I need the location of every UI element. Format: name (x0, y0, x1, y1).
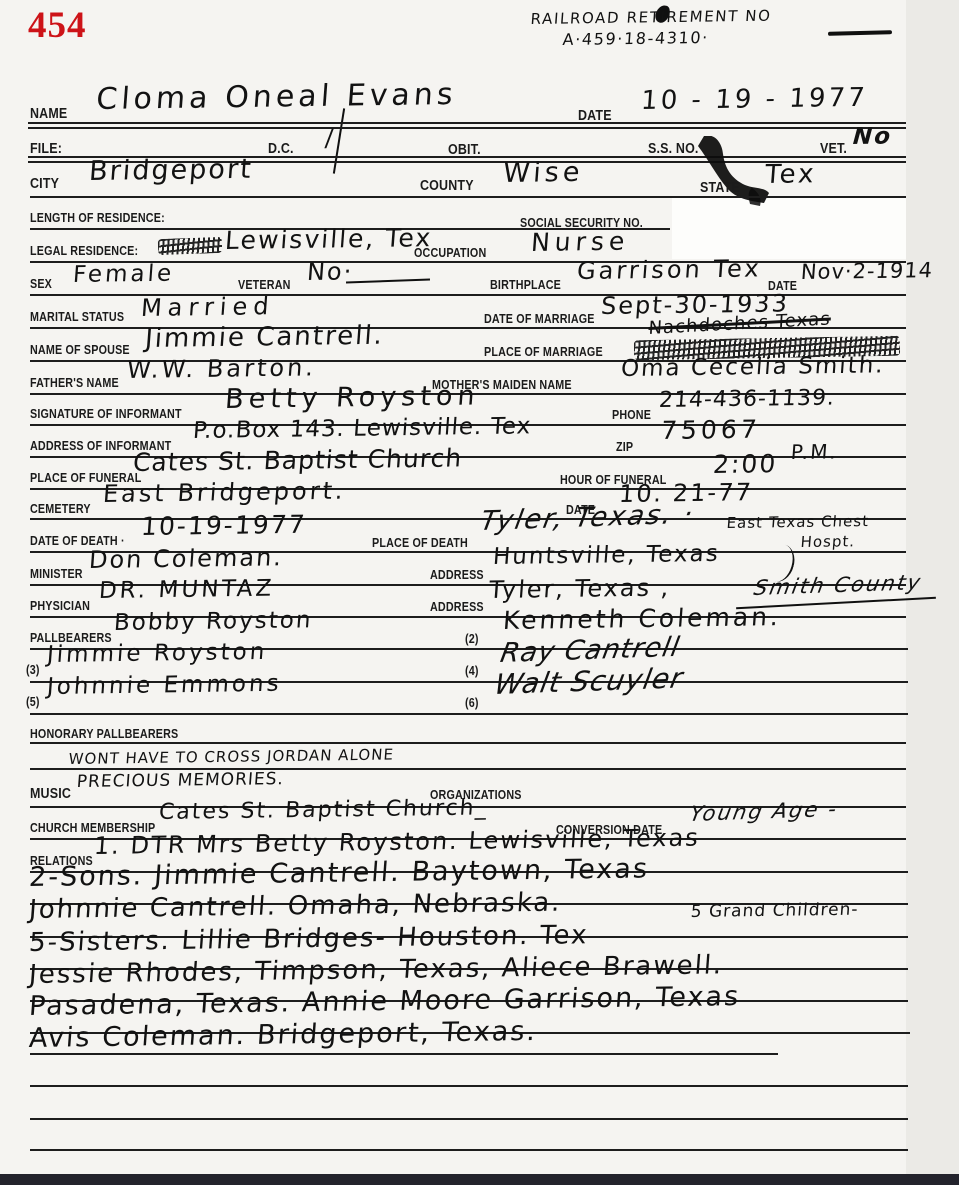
rule (30, 768, 906, 770)
county-value: Wise (502, 157, 585, 189)
birthplace-label: BIRTHPLACE (490, 278, 561, 292)
ssno-label: S.S. NO. (648, 141, 699, 157)
rule (28, 122, 906, 124)
date-of-marriage-label: DATE OF MARRIAGE (484, 312, 595, 326)
rule (30, 742, 906, 744)
church-membership-value: Cates St. Baptist Church_ (158, 795, 489, 825)
honorary-pallbearers-label: HONORARY PALLBEARERS (30, 727, 178, 741)
signature-of-informant-value: Betty Royston (224, 380, 481, 415)
pallbearer5-value: Johnnie Emmons (46, 671, 283, 700)
physician-value: Dr. Muntaz (98, 576, 275, 604)
marital-status-value: Married (140, 292, 276, 322)
railroad-retirement-note: RAILROAD RETIREMENT NO (530, 7, 772, 28)
name-value: Cloma Oneal Evans (95, 77, 458, 117)
rule (30, 196, 906, 198)
pallbearer1-value: Bobby Royston (113, 607, 313, 636)
legal-residence-value: Lewisville, Tex (224, 223, 433, 255)
birth-date-value: Nov·2-1914 (800, 258, 934, 284)
physician-address-value: Tyler, Texas , (488, 573, 672, 604)
dash-mark (828, 30, 892, 36)
place-of-death-note-2: Hospt. (800, 532, 856, 551)
marital-status-label: MARITAL STATUS (30, 310, 124, 324)
rule (30, 713, 908, 715)
relations-line: Avis Coleman. Bridgeport, Texas. (28, 1016, 538, 1054)
scan-bottom-edge (0, 1174, 959, 1185)
music-label: MUSIC (30, 786, 71, 802)
zip-value: 75067 (660, 415, 762, 445)
rule (28, 127, 906, 129)
length-of-residence-label: LENGTH OF RESIDENCE: (30, 211, 165, 225)
zip-label: ZIP (616, 440, 633, 454)
birthplace-value: Garrison Tex (576, 254, 763, 285)
veteran-label: VETERAN (238, 278, 291, 292)
sex-value: Female (72, 261, 175, 288)
relations-line: 5-Sisters. Lillie Bridges- Houston. Tex (28, 920, 590, 958)
rule (30, 1085, 908, 1087)
file-label: FILE: (30, 141, 62, 157)
county-label: COUNTY (420, 178, 474, 194)
physician-label: PHYSICIAN (30, 599, 90, 613)
date-of-death-value: 10-19-1977 (140, 510, 308, 541)
place-of-death-value: Tyler, Texas. · (478, 499, 697, 537)
physician-address-label: ADDRESS (430, 600, 484, 614)
rule (30, 1149, 908, 1151)
pallbearer2-value: Kenneth Coleman. (502, 602, 782, 635)
name-of-spouse-label: NAME OF SPOUSE (30, 343, 130, 357)
relations-note: 5 Grand Children- (690, 900, 859, 922)
pallbearer3-value: Jimmie Royston (46, 639, 268, 668)
relations-line: Johnnie Cantrell. Omaha, Nebraska. (28, 888, 563, 925)
pallbearer5-label: (5) (26, 695, 40, 709)
rule (30, 1118, 908, 1120)
rule (30, 1053, 778, 1055)
mothers-maiden-name-value: Oma Cecelia Smith. (620, 352, 886, 382)
vet-label: VET. (820, 141, 847, 157)
legal-residence-label: LEGAL RESIDENCE: (30, 244, 138, 258)
minister-address-value: Huntsville, Texas (492, 541, 721, 570)
signature-of-informant-label: SIGNATURE OF INFORMANT (30, 407, 182, 421)
page-number-stamp: 454 (28, 4, 87, 47)
phone-label: PHONE (612, 408, 651, 422)
place-of-death-note-1: East Texas Chest (726, 512, 870, 532)
pallbearer6-label: (6) (465, 696, 479, 710)
hour-of-funeral-value: 2:00 (712, 449, 778, 479)
railroad-retirement-number: A·459·18-4310· (562, 28, 710, 49)
conversion-date-value: Young Age - (688, 797, 840, 826)
occupation-value: Nurse (530, 227, 630, 257)
pallbearer3-label: (3) (26, 663, 40, 677)
cemetery-label: CEMETERY (30, 502, 91, 516)
music-value: PRECIOUS MEMORIES. (76, 769, 285, 792)
pen-tail (346, 279, 430, 284)
minister-value: Don Coleman. (88, 543, 284, 574)
name-label: NAME (30, 106, 67, 122)
dc-value: / (324, 124, 336, 152)
state-value: Tex (764, 159, 818, 190)
minister-label: MINISTER (30, 567, 83, 581)
address-of-informant-value: P.o.Box 143. Lewisville. Tex (192, 413, 532, 444)
city-value: Bridgeport (88, 154, 254, 187)
music-line-above: WONT HAVE TO CROSS JORDAN ALONE (68, 745, 395, 768)
city-label: CITY (30, 176, 59, 192)
vet-value: No (852, 123, 893, 150)
place-of-death-label: PLACE OF DEATH (372, 536, 468, 550)
ink-blob (692, 136, 776, 214)
hour-of-funeral-suffix: P.M. (790, 439, 839, 464)
pallbearer4-label: (4) (465, 664, 479, 678)
name-of-spouse-value: Jimmie Cantrell. (144, 321, 385, 354)
cemetery-value: East Bridgeport. (102, 477, 347, 508)
scribbled-out-text (158, 237, 223, 255)
state-label: STATE (700, 180, 740, 196)
fathers-name-value: W.W. Barton. (126, 353, 317, 384)
phone-value: 214-436-1139. (658, 386, 836, 413)
date-value: 10 - 19 - 1977 (640, 83, 869, 116)
funeral-record-form: 454 RAILROAD RETIREMENT NO A·459·18-4310… (0, 0, 959, 1185)
occupation-label: OCCUPATION (414, 246, 486, 260)
minister-address-label: ADDRESS (430, 568, 484, 582)
fathers-name-label: FATHER'S NAME (30, 376, 119, 390)
place-of-marriage-label: PLACE OF MARRIAGE (484, 345, 603, 359)
dc-label: D.C. (268, 141, 294, 157)
pallbearer2-label: (2) (465, 632, 479, 646)
place-of-funeral-value: Cates St. Baptist Church (132, 443, 463, 477)
county-note: Smith County (752, 570, 924, 600)
sex-label: SEX (30, 277, 52, 291)
pallbearer6-value: Walt Scuyler (492, 661, 686, 701)
